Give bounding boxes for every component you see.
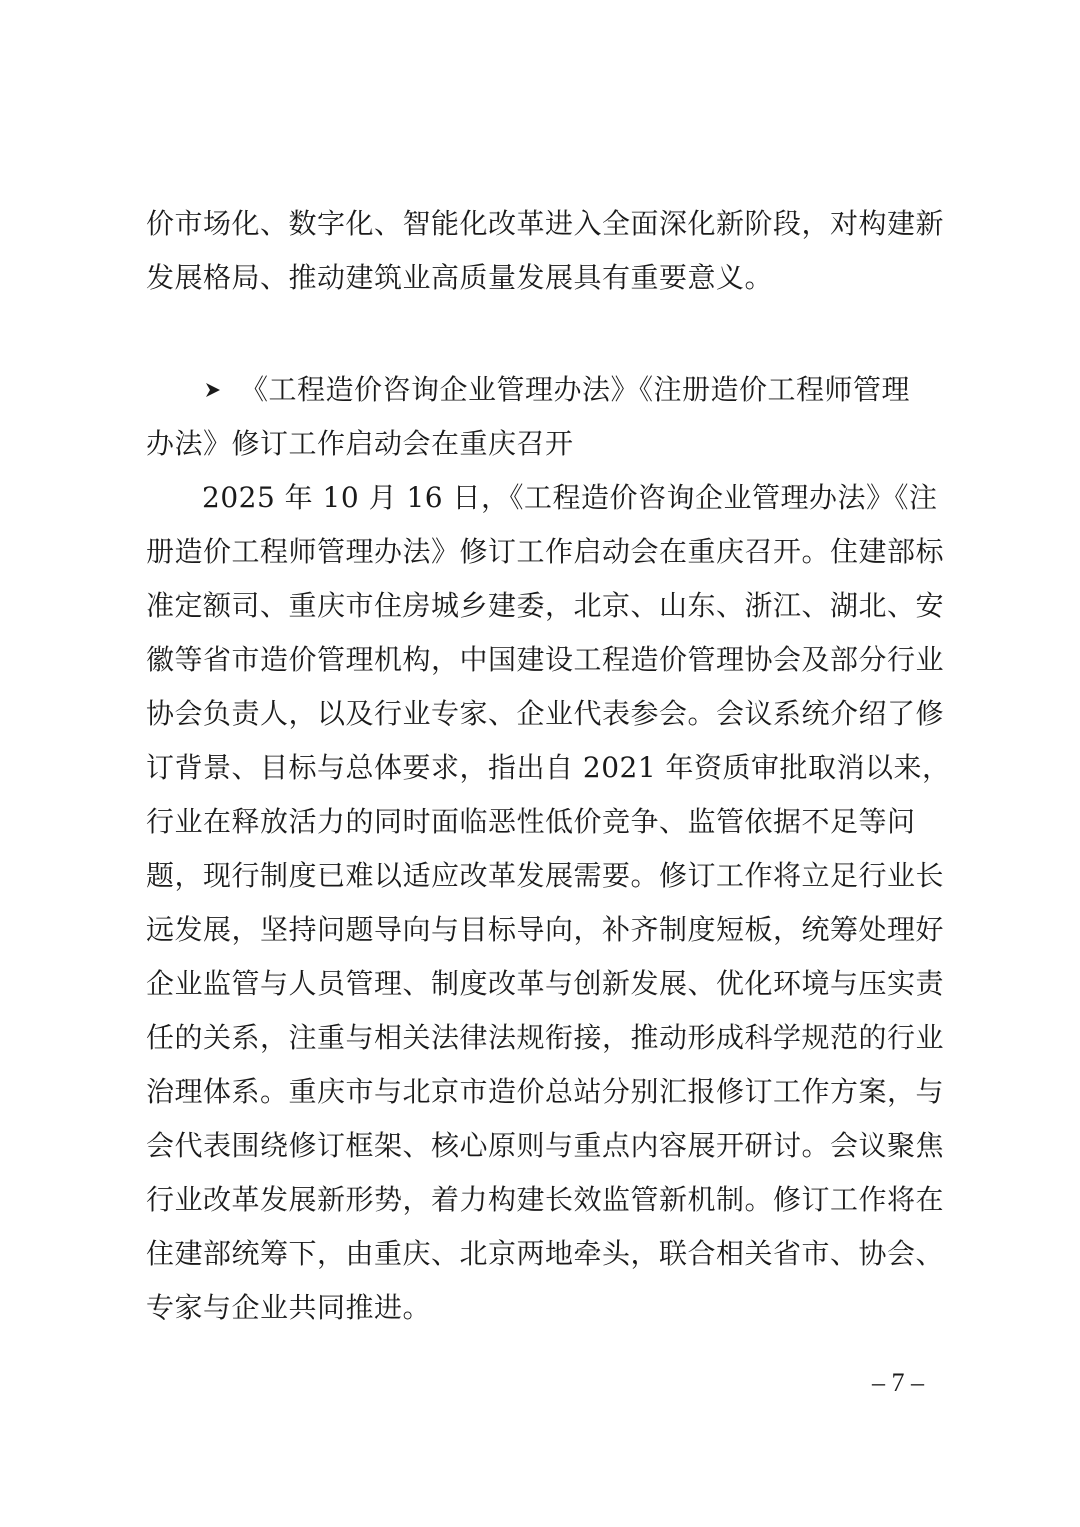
body-text-line: 订背景、目标与总体要求，指出自 2021 年资质审批取消以来， xyxy=(146,748,946,788)
body-text-line: 准定额司、重庆市住房城乡建委，北京、山东、浙江、湖北、安 xyxy=(146,586,946,626)
intro-text-line: 价市场化、数字化、智能化改革进入全面深化新阶段，对构建新 xyxy=(146,204,946,244)
body-text-line: 住建部统筹下，由重庆、北京两地牵头，联合相关省市、协会、 xyxy=(146,1234,946,1274)
body-text-line: 治理体系。重庆市与北京市造价总站分别汇报修订工作方案，与 xyxy=(146,1072,946,1112)
body-text-line: 任的关系，注重与相关法律法规衔接，推动形成科学规范的行业 xyxy=(146,1018,946,1058)
body-text-line: 行业改革发展新形势，着力构建长效监管新机制。修订工作将在 xyxy=(146,1180,946,1220)
intro-text-line: 发展格局、推动建筑业高质量发展具有重要意义。 xyxy=(146,258,946,298)
page-number: – 7 – xyxy=(872,1368,924,1398)
body-text-line: 册造价工程师管理办法》修订工作启动会在重庆召开。住建部标 xyxy=(146,532,946,572)
section-heading-line: 《工程造价咨询企业管理办法》《注册造价工程师管理 xyxy=(240,370,950,410)
document-page: 价市场化、数字化、智能化改革进入全面深化新阶段，对构建新 发展格局、推动建筑业高… xyxy=(0,0,1080,1527)
body-text-line: 行业在释放活力的同时面临恶性低价竞争、监管依据不足等问 xyxy=(146,802,946,842)
body-text-line: 题，现行制度已难以适应改革发展需要。修订工作将立足行业长 xyxy=(146,856,946,896)
body-text-line: 徽等省市造价管理机构，中国建设工程造价管理协会及部分行业 xyxy=(146,640,946,680)
body-text-line: 远发展，坚持问题导向与目标导向，补齐制度短板，统筹处理好 xyxy=(146,910,946,950)
arrowhead-bullet-icon xyxy=(204,381,222,399)
body-text-line: 2025 年 10 月 16 日，《工程造价咨询企业管理办法》《注 xyxy=(202,478,1002,518)
section-heading-line: 办法》修订工作启动会在重庆召开 xyxy=(146,424,946,464)
body-text-line: 协会负责人，以及行业专家、企业代表参会。会议系统介绍了修 xyxy=(146,694,946,734)
body-text-line: 企业监管与人员管理、制度改革与创新发展、优化环境与压实责 xyxy=(146,964,946,1004)
body-text-line: 会代表围绕修订框架、核心原则与重点内容展开研讨。会议聚焦 xyxy=(146,1126,946,1166)
body-text-line: 专家与企业共同推进。 xyxy=(146,1288,946,1328)
arrowhead-bullet-icon xyxy=(202,370,224,410)
